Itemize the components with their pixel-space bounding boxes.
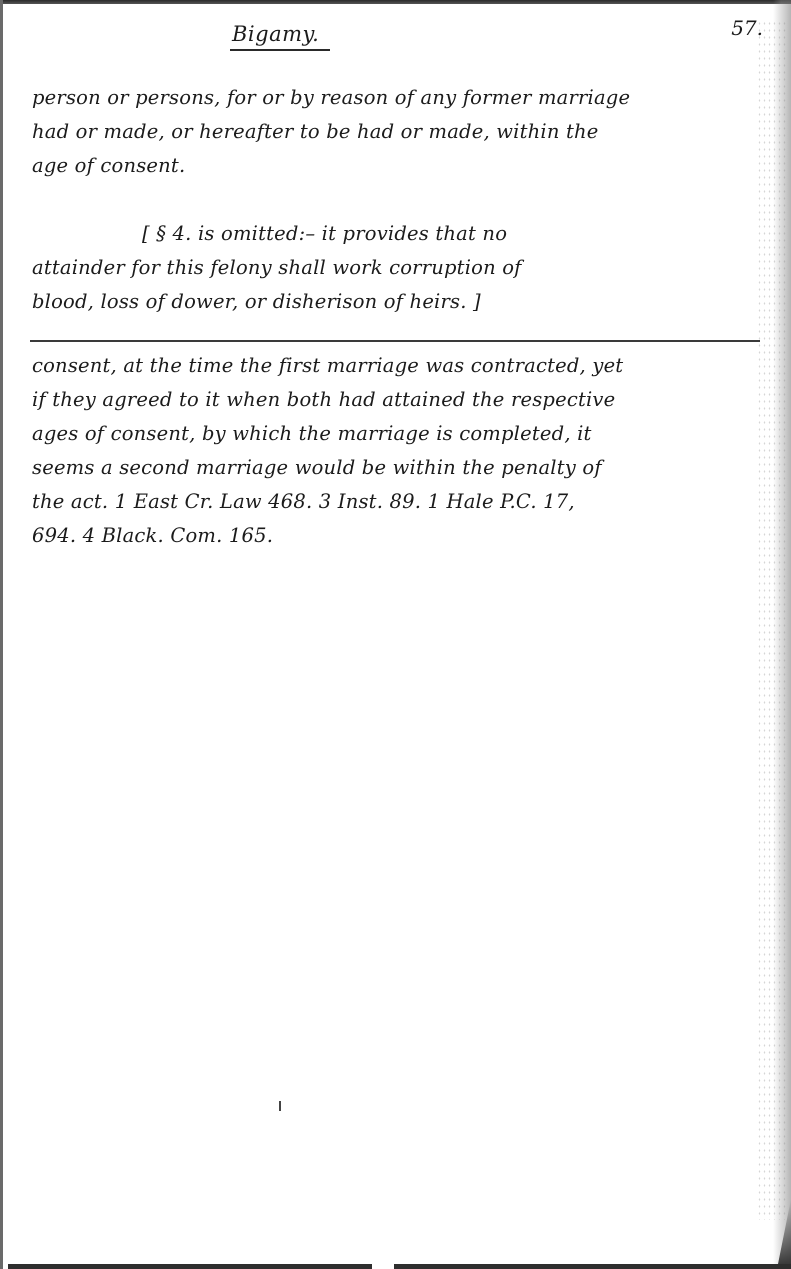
text-line: [ § 4. is omitted:– it provides that no [142,222,507,245]
text-line: blood, loss of dower, or disherison of h… [32,290,481,313]
footnote-divider [30,340,760,342]
text-line: consent, at the time the first marriage … [32,354,623,377]
text-line: ages of consent, by which the marriage i… [32,422,592,445]
scan-border-top [0,0,791,4]
text-line: 694. 4 Black. Com. 165. [32,524,273,547]
text-line: the act. 1 East Cr. Law 468. 3 Inst. 89.… [32,490,575,513]
scan-border-bottom-left [8,1264,372,1269]
page-title: Bigamy. [232,22,319,46]
stray-mark [279,1101,281,1111]
scanned-manuscript-page: Bigamy. 57. person or persons, for or by… [0,0,791,1269]
scan-border-left [0,0,3,1269]
scan-border-bottom-right [394,1264,791,1269]
text-line: age of consent. [32,154,185,177]
scan-border-right [773,0,791,1269]
text-line: person or persons, for or by reason of a… [32,86,630,109]
text-line: seems a second marriage would be within … [32,456,602,479]
page-number: 57. [731,16,763,40]
title-underline [230,49,330,51]
text-line: attainder for this felony shall work cor… [32,256,522,279]
text-line: if they agreed to it when both had attai… [32,388,615,411]
text-line: had or made, or hereafter to be had or m… [32,120,599,143]
